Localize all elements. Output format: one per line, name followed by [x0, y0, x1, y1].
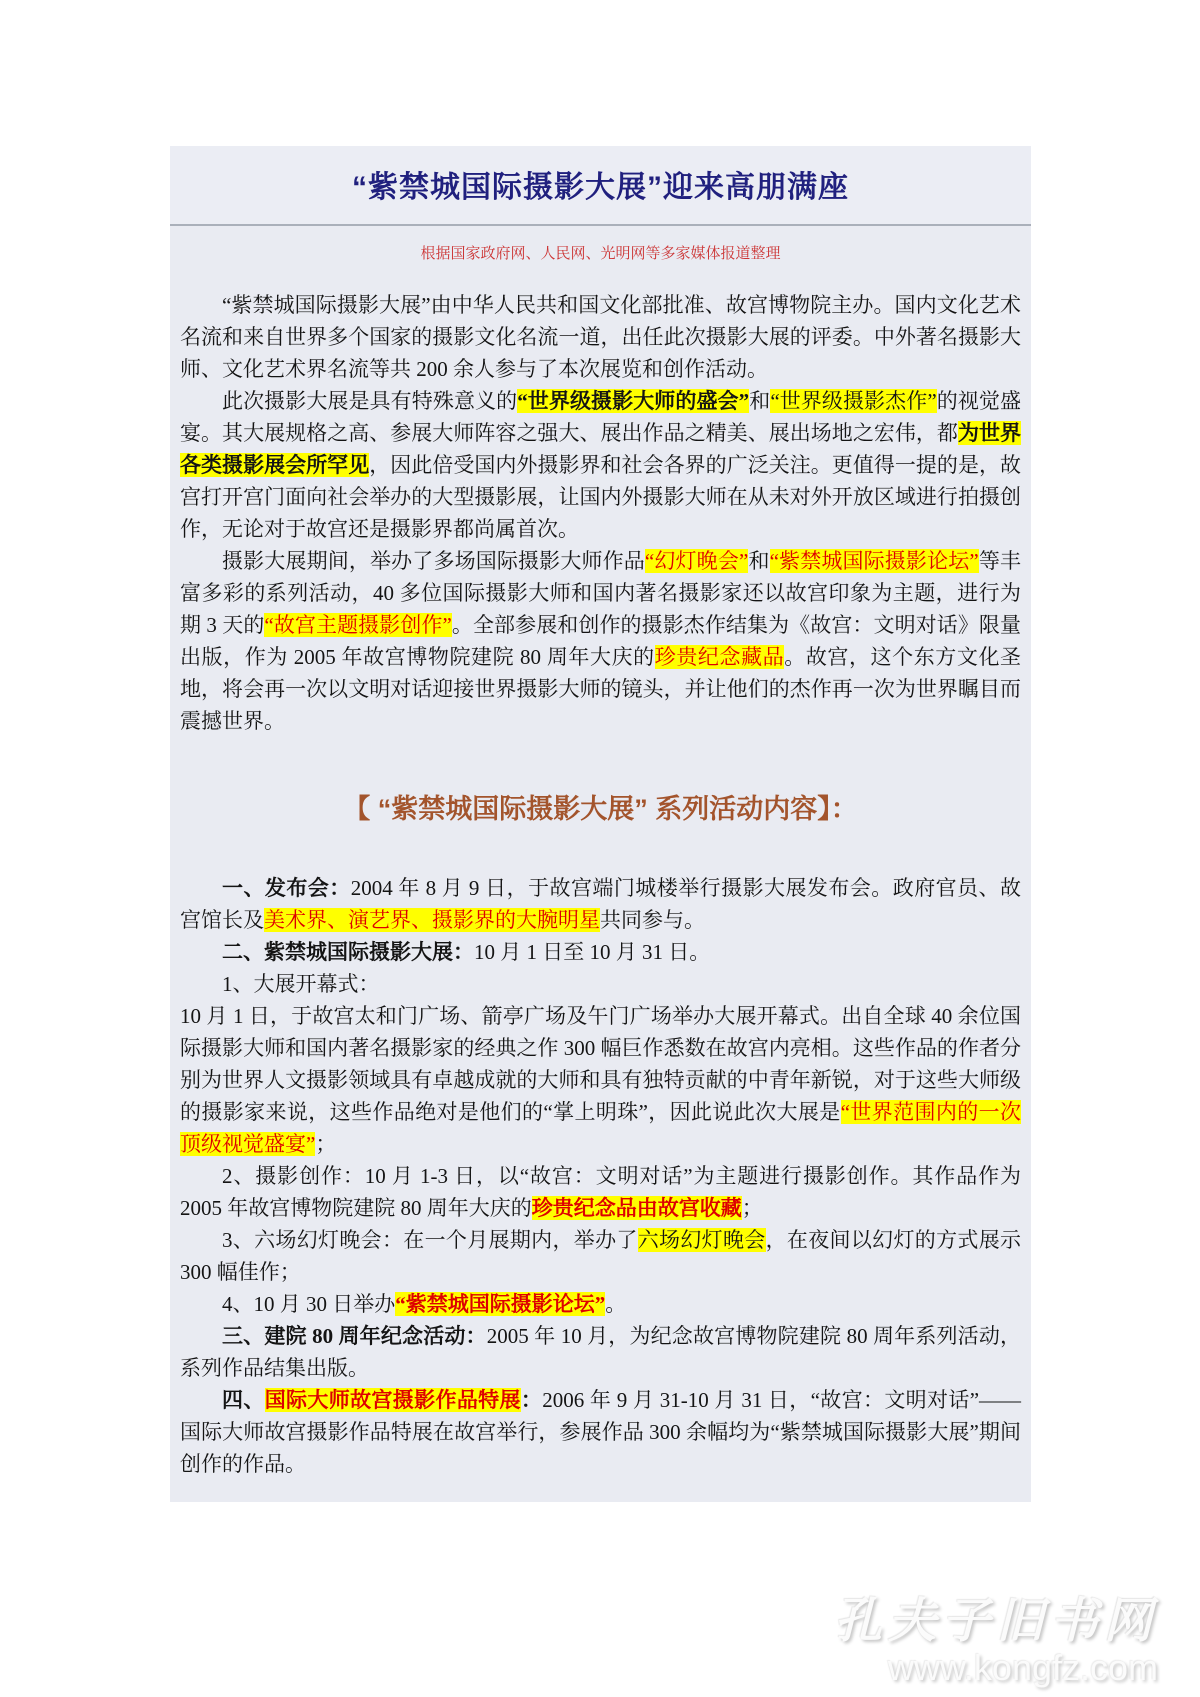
watermark-url: www.kongfz.com: [834, 1647, 1158, 1689]
section-header: 【 “紫禁城国际摄影大展” 系列活动内容】：: [180, 787, 1021, 826]
text-segment: 摄影大展期间，举办了多场国际摄影大师作品: [222, 549, 645, 573]
text-segment: 和: [748, 549, 769, 573]
text-segment: “幻灯晚会”: [645, 549, 748, 573]
text-segment: “紫禁城国际摄影论坛”: [395, 1292, 605, 1316]
paragraph: 四、国际大师故宫摄影作品特展：2006 年 9 月 31-10 月 31 日，“…: [180, 1384, 1021, 1480]
paragraph: 10 月 1 日，于故宫太和门广场、箭亭广场及午门广场举办大展开幕式。出自全球 …: [180, 1000, 1021, 1160]
text-segment: ：: [521, 1388, 542, 1412]
activity-paragraphs: 一、发布会：2004 年 8 月 9 日，于故宫端门城楼举行摄影大展发布会。政府…: [180, 872, 1021, 1480]
document-page: “紫禁城国际摄影大展”迎来高朋满座 根据国家政府网、人民网、光明网等多家媒体报道…: [170, 146, 1031, 1502]
text-segment: “世界级摄影大师的盛会”: [517, 389, 749, 413]
text-segment: “紫禁城国际摄影大展”由中华人民共和国文化部批准、故宫博物院主办。国内文化艺术名…: [180, 293, 1021, 381]
paragraph: 一、发布会：2004 年 8 月 9 日，于故宫端门城楼举行摄影大展发布会。政府…: [180, 872, 1021, 936]
watermark: 孔夫子旧书网 www.kongfz.com: [834, 1582, 1158, 1689]
watermark-site-name: 孔夫子旧书网: [834, 1582, 1158, 1651]
text-segment: 珍贵纪念藏品: [655, 645, 784, 669]
paragraph: “紫禁城国际摄影大展”由中华人民共和国文化部批准、故宫博物院主办。国内文化艺术名…: [180, 289, 1021, 385]
source-note: 根据国家政府网、人民网、光明网等多家媒体报道整理: [180, 242, 1021, 263]
paragraph: 此次摄影大展是具有特殊意义的“世界级摄影大师的盛会”和“世界级摄影杰作”的视觉盛…: [180, 385, 1021, 545]
text-segment: 1、大展开幕式：: [222, 972, 380, 996]
text-segment: “紫禁城国际摄影论坛”: [770, 549, 979, 573]
text-segment: 三、建院 80 周年纪念活动：: [222, 1324, 487, 1348]
text-segment: 一、发布会：: [222, 876, 351, 900]
text-segment: ；: [742, 1196, 763, 1220]
text-segment: “世界级摄影杰作”: [770, 389, 936, 413]
paragraph: 2、摄影创作：10 月 1-3 日，以“故宫：文明对话”为主题进行摄影创作。其作…: [180, 1160, 1021, 1224]
text-segment: 3、六场幻灯晚会：在一个月展期内，举办了: [222, 1228, 638, 1252]
text-segment: 四、: [222, 1388, 265, 1412]
text-segment: 二、紫禁城国际摄影大展：: [222, 940, 474, 964]
text-segment: 珍贵纪念品由故宫收藏: [532, 1196, 742, 1220]
document-header: “紫禁城国际摄影大展”迎来高朋满座: [170, 146, 1031, 226]
paragraph: 3、六场幻灯晚会：在一个月展期内，举办了六场幻灯晚会，在夜间以幻灯的方式展示 3…: [180, 1224, 1021, 1288]
paragraph: 4、10 月 30 日举办“紫禁城国际摄影论坛”。: [180, 1288, 1021, 1320]
intro-paragraphs: “紫禁城国际摄影大展”由中华人民共和国文化部批准、故宫博物院主办。国内文化艺术名…: [180, 289, 1021, 737]
text-segment: “故宫主题摄影创作”: [264, 613, 451, 637]
text-segment: 10 月 1 日至 10 月 31 日。: [474, 940, 710, 964]
text-segment: 和: [749, 389, 770, 413]
text-segment: ；: [315, 1132, 336, 1156]
paragraph: 二、紫禁城国际摄影大展：10 月 1 日至 10 月 31 日。: [180, 936, 1021, 968]
text-segment: 六场幻灯晚会: [638, 1228, 766, 1252]
text-segment: 美术界、演艺界、摄影界的大腕明星: [264, 908, 600, 932]
text-segment: 国际大师故宫摄影作品特展: [265, 1388, 521, 1412]
document-body: 根据国家政府网、人民网、光明网等多家媒体报道整理 “紫禁城国际摄影大展”由中华人…: [170, 226, 1031, 1502]
page-title: “紫禁城国际摄影大展”迎来高朋满座: [180, 162, 1021, 206]
text-segment: 4、10 月 30 日举办: [222, 1292, 395, 1316]
text-segment: 此次摄影大展是具有特殊意义的: [222, 389, 517, 413]
paragraph: 1、大展开幕式：: [180, 968, 1021, 1000]
text-segment: 共同参与。: [600, 908, 705, 932]
paragraph: 摄影大展期间，举办了多场国际摄影大师作品“幻灯晚会”和“紫禁城国际摄影论坛”等丰…: [180, 545, 1021, 737]
paragraph: 三、建院 80 周年纪念活动：2005 年 10 月，为纪念故宫博物院建院 80…: [180, 1320, 1021, 1384]
text-segment: 。: [605, 1292, 626, 1316]
